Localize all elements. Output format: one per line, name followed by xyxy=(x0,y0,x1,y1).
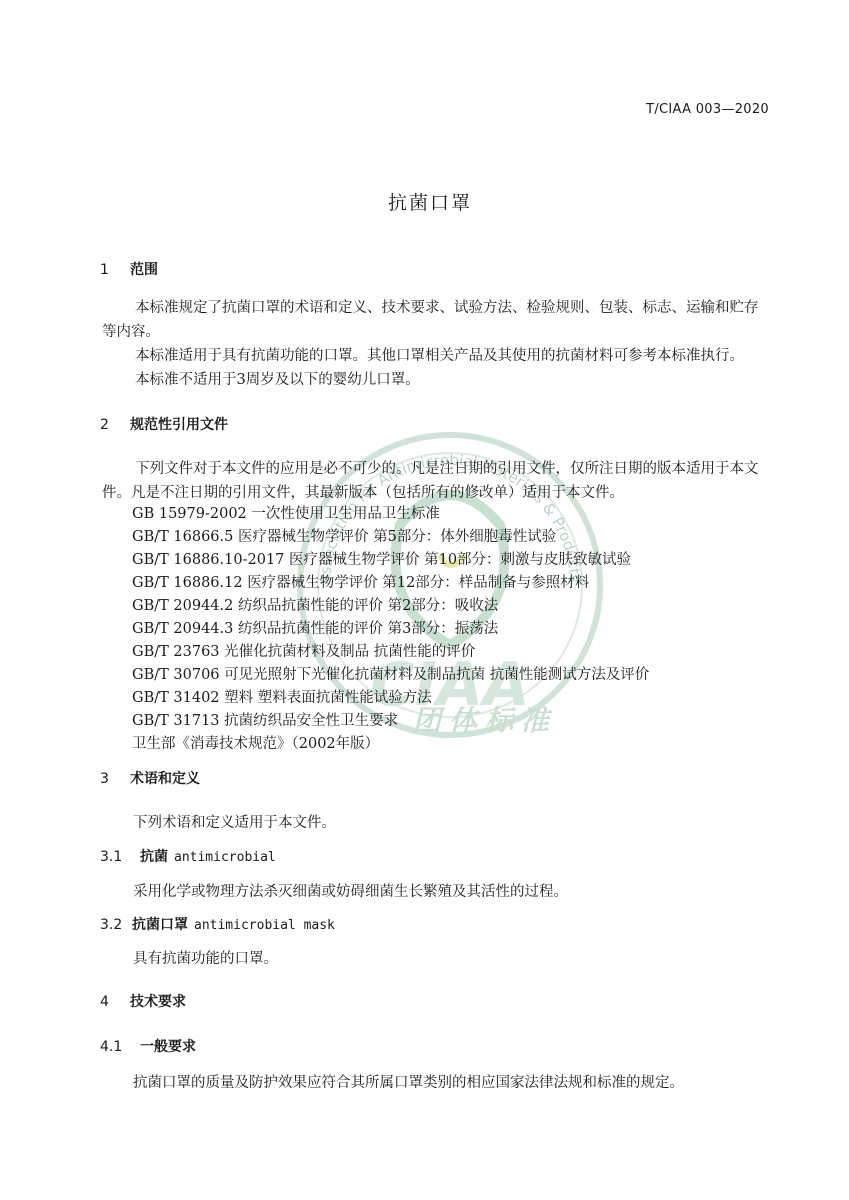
term-3-1-heading: 3.1抗菌antimicrobial xyxy=(100,846,276,866)
reference-item: GB 15979-2002 一次性使用卫生用品卫生标准 xyxy=(132,503,649,526)
term-zh: 抗菌 xyxy=(140,849,168,865)
section-4-heading: 4技术要求 xyxy=(100,991,186,1011)
reference-list: GB 15979-2002 一次性使用卫生用品卫生标准 GB/T 16866.5… xyxy=(132,503,649,756)
reference-item: GB/T 16866.5 医疗器械生物学评价 第5部分：体外细胞毒性试验 xyxy=(132,526,649,549)
scope-paragraph-2: 本标准适用于具有抗菌功能的口罩。其他口罩相关产品及其使用的抗菌材料可参考本标准执… xyxy=(135,344,744,365)
general-requirements-text: 抗菌口罩的质量及防护效果应符合其所属口罩类别的相应国家法律法规和标准的规定。 xyxy=(133,1071,684,1092)
reference-item: 卫生部《消毒技术规范》（2002年版） xyxy=(132,733,649,756)
reference-item: GB/T 16886.10-2017 医疗器械生物学评价 第10部分：刺激与皮肤… xyxy=(132,549,649,572)
reference-item: GB/T 31713 抗菌纺织品安全性卫生要求 xyxy=(132,710,649,733)
section-number: 3 xyxy=(100,771,130,787)
reference-item: GB/T 23763 光催化抗菌材料及制品 抗菌性能的评价 xyxy=(132,641,649,664)
subsection-title: 一般要求 xyxy=(140,1039,196,1055)
document-title: 抗菌口罩 xyxy=(388,188,472,215)
term-3-2-definition: 具有抗菌功能的口罩。 xyxy=(133,947,278,968)
scope-paragraph-1: 本标准规定了抗菌口罩的术语和定义、技术要求、试验方法、检验规则、包装、标志、运输… xyxy=(135,296,759,317)
references-intro-2: 件。凡是不注日期的引用文件，其最新版本（包括所有的修改单）适用于本文件。 xyxy=(102,481,624,502)
section-2-heading: 2规范性引用文件 xyxy=(100,414,228,434)
term-3-2-heading: 3.2抗菌口罩antimicrobial mask xyxy=(100,914,335,934)
section-1-heading: 1范围 xyxy=(100,259,158,279)
reference-item: GB/T 16886.12 医疗器械生物学评价 第12部分：样品制备与参照材料 xyxy=(132,572,649,595)
section-number: 4 xyxy=(100,994,130,1010)
scope-paragraph-3: 本标准不适用于3周岁及以下的婴幼儿口罩。 xyxy=(135,368,420,389)
section-title: 技术要求 xyxy=(130,994,186,1010)
term-number: 3.2 xyxy=(100,917,132,933)
term-en: antimicrobial mask xyxy=(194,918,335,933)
subsection-number: 4.1 xyxy=(100,1039,140,1055)
standard-number: T/CIAA 003—2020 xyxy=(646,102,769,117)
section-number: 1 xyxy=(100,262,130,278)
reference-item: GB/T 31402 塑料 塑料表面抗菌性能试验方法 xyxy=(132,687,649,710)
term-3-1-definition: 采用化学或物理方法杀灭细菌或妨碍细菌生长繁殖及其活性的过程。 xyxy=(133,880,568,901)
section-3-heading: 3术语和定义 xyxy=(100,768,200,788)
document-page: Association for Antimicrobial Materials … xyxy=(0,0,849,1200)
references-intro-1: 下列文件对于本文件的应用是必不可少的。凡是注日期的引用文件，仅所注日期的版本适用… xyxy=(135,457,759,478)
term-en: antimicrobial xyxy=(174,850,276,865)
section-title: 范围 xyxy=(130,262,158,278)
term-number: 3.1 xyxy=(100,849,140,865)
subsection-4-1-heading: 4.1一般要求 xyxy=(100,1036,196,1056)
terms-intro: 下列术语和定义适用于本文件。 xyxy=(133,811,336,832)
reference-item: GB/T 30706 可见光照射下光催化抗菌材料及制品抗菌 抗菌性能测试方法及评… xyxy=(132,664,649,687)
reference-item: GB/T 20944.3 纺织品抗菌性能的评价 第3部分：振荡法 xyxy=(132,618,649,641)
section-title: 规范性引用文件 xyxy=(130,417,228,433)
section-title: 术语和定义 xyxy=(130,771,200,787)
reference-item: GB/T 20944.2 纺织品抗菌性能的评价 第2部分：吸收法 xyxy=(132,595,649,618)
section-number: 2 xyxy=(100,417,130,433)
term-zh: 抗菌口罩 xyxy=(132,917,188,933)
scope-paragraph-1-cont: 等内容。 xyxy=(102,320,160,341)
